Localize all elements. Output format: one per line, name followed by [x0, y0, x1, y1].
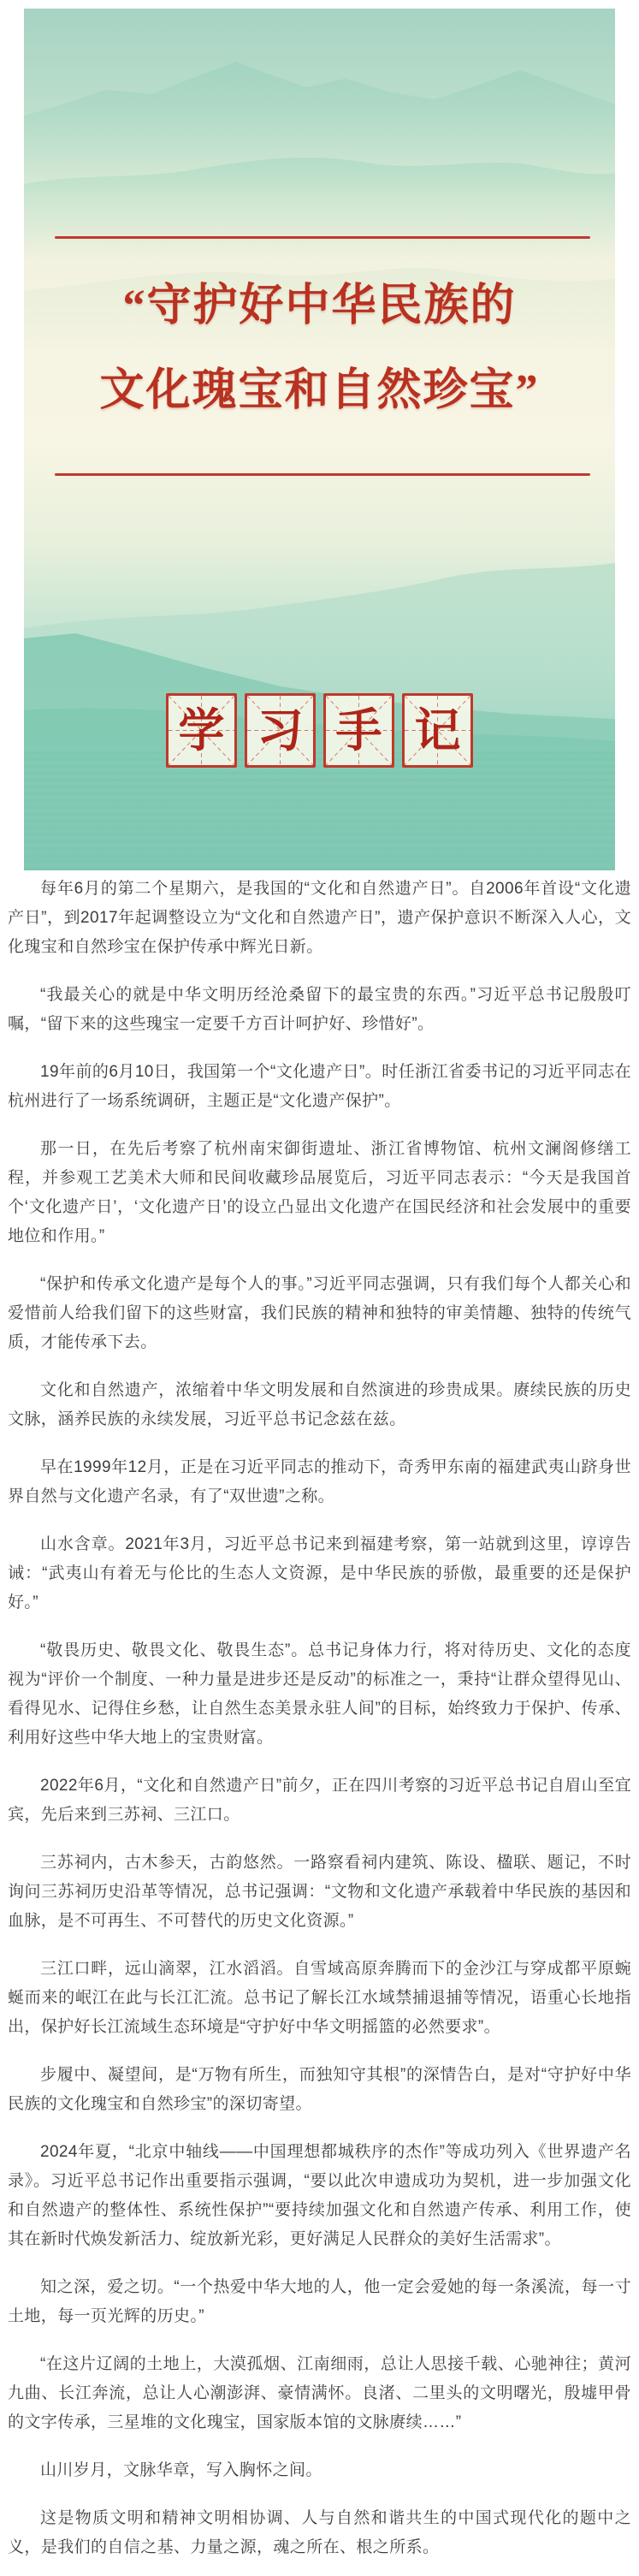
- paragraph: 每年6月的第二个星期六，是我国的“文化和自然遗产日”。自2006年首设“文化遗产…: [8, 875, 631, 962]
- paragraph: 文化和自然遗产，浓缩着中华文明发展和自然演进的珍贵成果。赓续民族的历史文脉，涵养…: [8, 1376, 631, 1434]
- header-banner: “守护好中华民族的 文化瑰宝和自然珍宝” 学: [24, 9, 615, 870]
- paragraph: 知之深，爱之切。“一个热爱中华大地的人，他一定会爱她的每一条溪流，每一寸土地，每…: [8, 2273, 631, 2331]
- stamp-box: 学: [166, 693, 237, 768]
- stamp-character: 手: [336, 708, 382, 754]
- paragraph: 早在1999年12月，正是在习近平同志的推动下，奇秀甲东南的福建武夷山跻身世界自…: [8, 1453, 631, 1511]
- water-texture: [24, 751, 615, 870]
- article-page: “守护好中华民族的 文化瑰宝和自然珍宝” 学: [0, 0, 639, 2576]
- headline-line-2: 文化瑰宝和自然珍宝”: [24, 348, 615, 433]
- paragraph: 19年前的6月10日，我国第一个“文化遗产日”。时任浙江省委书记的习近平同志在杭…: [8, 1058, 631, 1116]
- stamp-box: 习: [245, 693, 316, 768]
- paragraph: 这是物质文明和精神文明相协调、人与自然和谐共生的中国式现代化的题中之义，是我们的…: [8, 2504, 631, 2562]
- headline-line-1: “守护好中华民族的: [24, 264, 615, 348]
- paragraph: 步履中、凝望间，是“万物有所生，而独知守其根”的深情告白，是对“守护好中华民族的…: [8, 2061, 631, 2119]
- title-divider-bottom: [55, 473, 590, 476]
- paragraph: 2024年夏，“北京中轴线——中国理想都城秩序的杰作”等成功列入《世界遗产名录》…: [8, 2138, 631, 2254]
- paragraph: 三江口畔，远山滴翠，江水滔滔。自雪域高原奔腾而下的金沙江与穿成都平原蜿蜒而来的岷…: [8, 1955, 631, 2042]
- paragraph: “在这片辽阔的土地上，大漠孤烟、江南细雨，总让人思接千载、心驰神往；黄河九曲、长…: [8, 2350, 631, 2437]
- stamp-character: 学: [179, 708, 225, 754]
- paragraph: 山水含章。2021年3月，习近平总书记来到福建考察，第一站就到这里，谆谆告诫：“…: [8, 1530, 631, 1617]
- paragraph: “敬畏历史、敬畏文化、敬畏生态”。总书记身体力行，将对待历史、文化的态度视为“评…: [8, 1636, 631, 1753]
- headline: “守护好中华民族的 文化瑰宝和自然珍宝”: [24, 264, 615, 433]
- paragraph: “保护和传承文化遗产是每个人的事。”习近平同志强调，只有我们每个人都关心和爱惜前…: [8, 1270, 631, 1357]
- stamp-character: 习: [257, 708, 304, 754]
- stamp-box: 手: [323, 693, 394, 768]
- paragraph: 那一日，在先后考察了杭州南宋御街遗址、浙江省博物馆、杭州文澜阁修缮工程，并参观工…: [8, 1135, 631, 1251]
- stamp-box: 记: [402, 693, 473, 768]
- paragraph: “我最关心的就是中华文明历经沧桑留下的最宝贵的东西。”习近平总书记殷殷叮嘱，“留…: [8, 981, 631, 1039]
- article-body: 每年6月的第二个星期六，是我国的“文化和自然遗产日”。自2006年首设“文化遗产…: [8, 875, 631, 2562]
- paragraph: 2022年6月，“文化和自然遗产日”前夕，正在四川考察的习近平总书记自眉山至宜宾…: [8, 1772, 631, 1830]
- study-notes-stamp: 学 习 手: [24, 693, 615, 768]
- stamp-character: 记: [415, 708, 461, 754]
- paragraph: 三苏祠内，古木参天，古韵悠然。一路察看祠内建筑、陈设、楹联、题记，不时询问三苏祠…: [8, 1849, 631, 1936]
- title-divider-top: [55, 236, 590, 239]
- paragraph: 山川岁月，文脉华章，写入胸怀之间。: [8, 2456, 631, 2485]
